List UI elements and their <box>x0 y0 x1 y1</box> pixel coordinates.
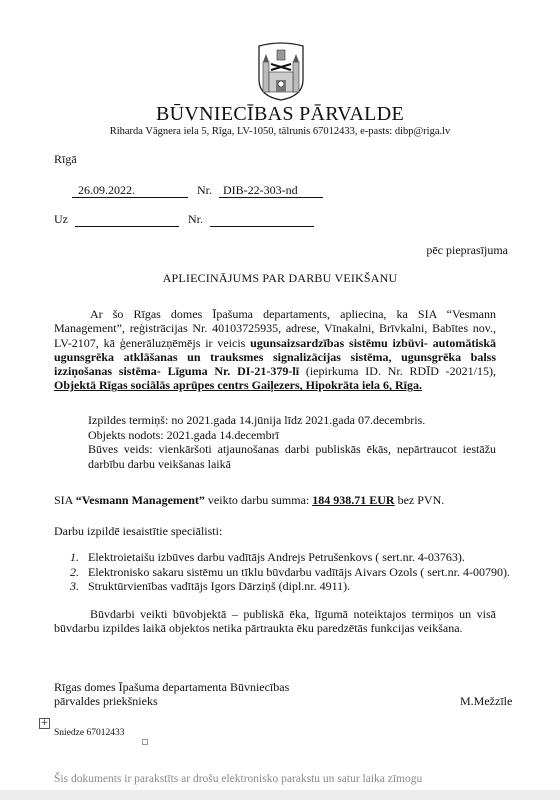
uz-field <box>75 212 179 227</box>
document-page: BŪVNIECĪBAS PĀRVALDE Riharda Vāgnera iel… <box>0 0 560 790</box>
details-deadline: Izpildes termiņš: no 2021.gada 14.jūnija… <box>88 413 496 428</box>
sum-amount: 184 938.71 EUR <box>312 493 394 507</box>
intro-paragraph: Ar šo Rīgas domes Īpašuma departaments, … <box>54 307 496 393</box>
details-block: Izpildes termiņš: no 2021.gada 14.jūnija… <box>88 413 496 471</box>
place-label: Rīgā <box>54 152 77 167</box>
org-title: BŪVNIECĪBAS PĀRVALDE <box>0 103 560 126</box>
list-item: 1.Elektroietaišu izbūves darbu vadītājs … <box>54 550 514 565</box>
signatory-name: M.Mežzīle <box>460 694 556 709</box>
date-row: 26.09.2022. Nr. DIB-22-303-nd <box>72 183 323 198</box>
list-item: 2.Elektronisko sakaru sistēmu un tīklu b… <box>54 565 514 580</box>
page-bottom-strip <box>0 790 560 800</box>
list-number: 3. <box>70 579 79 594</box>
details-handover: Objekts nodots: 2021.gada 14.decembrī <box>88 428 496 443</box>
document-heading: APLIECINĀJUMS PAR DARBU VEIKŠANU <box>0 271 560 286</box>
e-signature-note: Šis dokuments ir parakstīts ar drošu ele… <box>54 773 422 785</box>
list-text: Struktūrvienības vadītājs Igors Dārziņš … <box>88 579 350 593</box>
list-text: Elektroietaišu izbūves darbu vadītājs An… <box>88 550 465 564</box>
list-number: 2. <box>70 565 79 580</box>
anchor-box-icon <box>142 739 148 745</box>
uz-row: Uz Nr. <box>54 212 314 227</box>
list-item: 3.Struktūrvienības vadītājs Igors Dārziņ… <box>54 579 514 594</box>
intro-procurement: (iepirkuma ID. Nr. RDĪD -2021/15), <box>299 364 496 378</box>
nr-field: DIB-22-303-nd <box>219 183 323 198</box>
org-address: Riharda Vāgnera iela 5, Rīga, LV-1050, t… <box>0 126 560 137</box>
sum-prefix: SIA <box>54 493 76 507</box>
list-text: Elektronisko sakaru sistēmu un tīklu būv… <box>88 565 510 579</box>
signatory-position: Rīgas domes Īpašuma departamenta Būvniec… <box>54 680 289 708</box>
list-number: 1. <box>70 550 79 565</box>
uz-label: Uz <box>54 212 68 226</box>
signatory-position-line2: pārvaldes priekšnieks <box>54 694 289 708</box>
sum-suffix: bez PVN. <box>395 493 445 507</box>
sum-label: veikto darbu summa: <box>205 493 312 507</box>
riga-coat-of-arms-icon <box>253 42 309 102</box>
signatory-position-line1: Rīgas domes Īpašuma departamenta Būvniec… <box>54 680 289 694</box>
nr-label: Nr. <box>197 183 212 197</box>
uz-nr-label: Nr. <box>188 212 203 226</box>
expand-plus-icon[interactable]: + <box>39 718 50 729</box>
request-note: pēc pieprasījuma <box>426 243 508 258</box>
specialists-intro: Darbu izpildē iesaistītie speciālisti: <box>54 524 222 539</box>
sum-company: “Vesmann Management” <box>76 493 205 507</box>
specialists-list: 1.Elektroietaišu izbūves darbu vadītājs … <box>54 550 514 594</box>
intro-object-location: Objektā Rīgas sociālās aprūpes centrs Ga… <box>54 378 422 392</box>
uz-nr-field <box>210 212 314 227</box>
closing-paragraph: Būvdarbi veikti būvobjektā – publiskā ēk… <box>54 607 496 636</box>
contact-person: Sniedze 67012433 <box>54 728 124 738</box>
details-building-type: Būves veids: vienkāršoti atjaunošanas da… <box>88 442 496 471</box>
contract-sum: SIA “Vesmann Management” veikto darbu su… <box>54 493 444 508</box>
date-field: 26.09.2022. <box>72 183 188 198</box>
